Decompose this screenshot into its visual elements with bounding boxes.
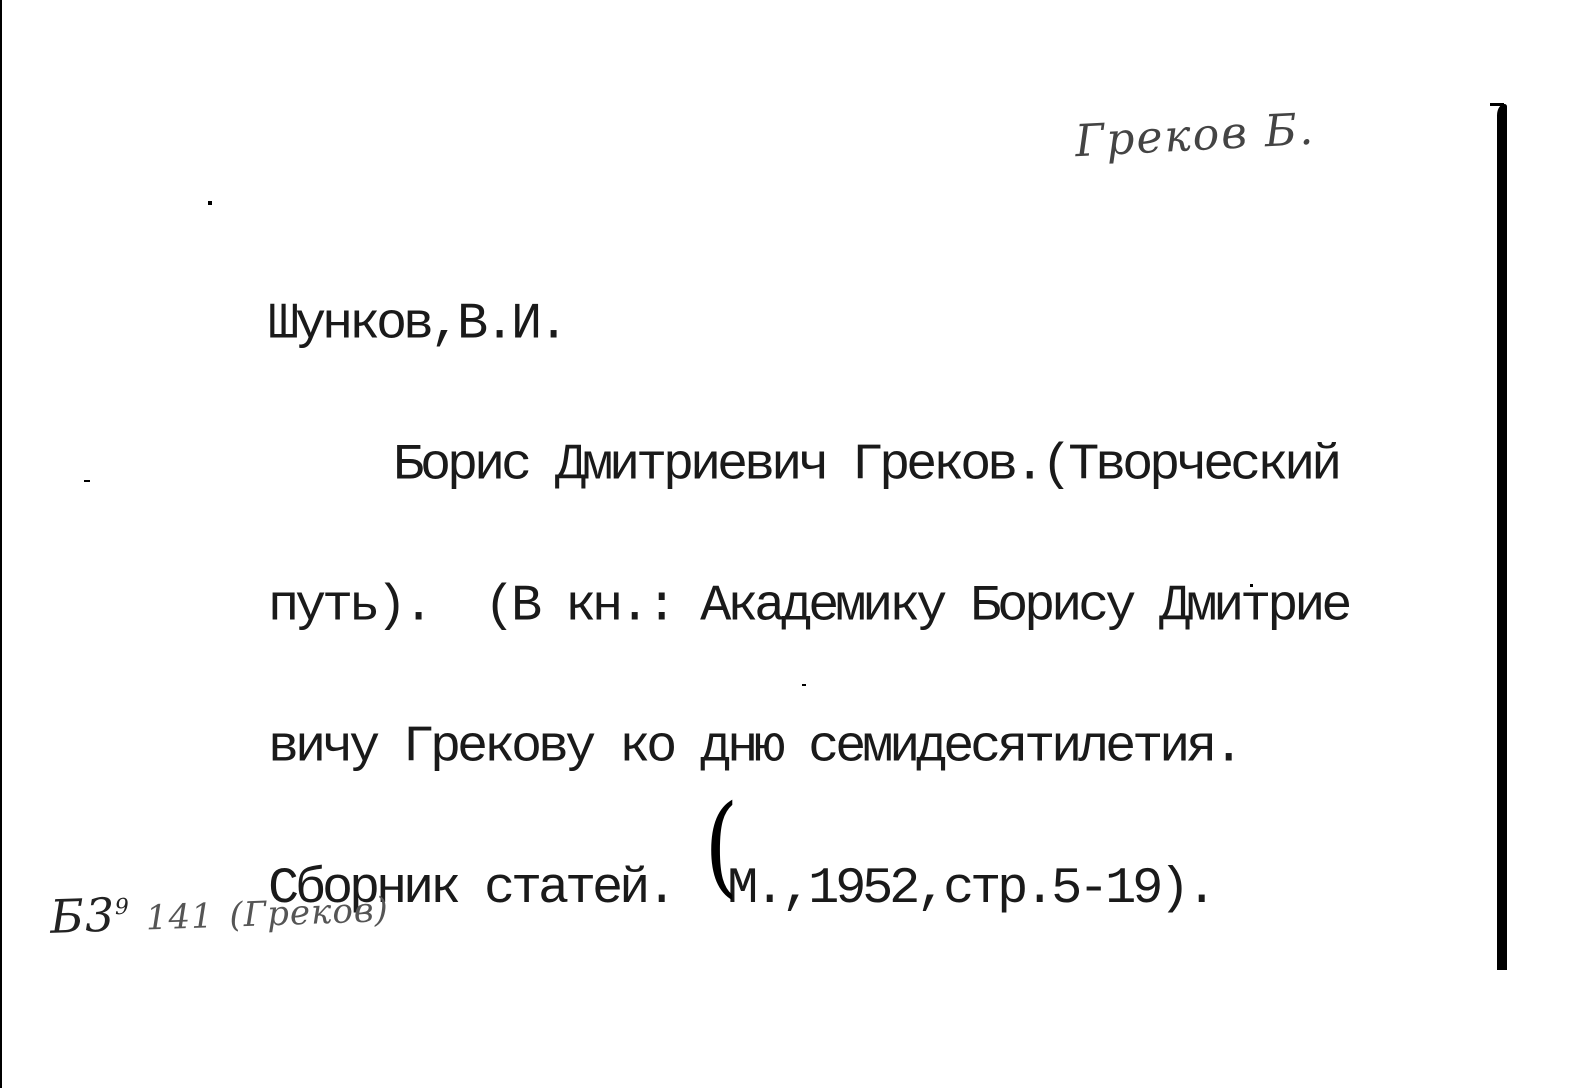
handwritten-subject-heading: Греков Б. xyxy=(1074,104,1316,167)
author-line: Шунков,В.И. xyxy=(268,301,1348,348)
source-line-1: путь). (В кн.: Академику Борису Дмитрие xyxy=(268,583,1348,630)
call-number-note: (Греков) xyxy=(229,890,390,936)
call-number-rest: 141 xyxy=(145,896,214,938)
speck xyxy=(208,201,212,205)
typed-catalog-entry: Шунков,В.И. Борис Дмитриевич Греков.(Тво… xyxy=(268,207,1348,960)
speck xyxy=(1250,584,1253,587)
source-line-3: Сборник статей. М.,1952,стр.5-19). xyxy=(268,866,1348,913)
card-right-edge xyxy=(1497,104,1507,970)
title-line: Борис Дмитриевич Греков.(Творческий xyxy=(268,442,1348,489)
paren-mark: ( xyxy=(704,790,738,900)
speck xyxy=(84,480,90,482)
call-number-superscript: 9 xyxy=(114,895,130,921)
call-number-main: Б3 xyxy=(49,888,116,944)
scan-left-edge xyxy=(0,0,2,1088)
speck xyxy=(802,684,806,686)
source-line-2: вичу Грекову ко дню семидесятилетия. xyxy=(268,724,1348,771)
